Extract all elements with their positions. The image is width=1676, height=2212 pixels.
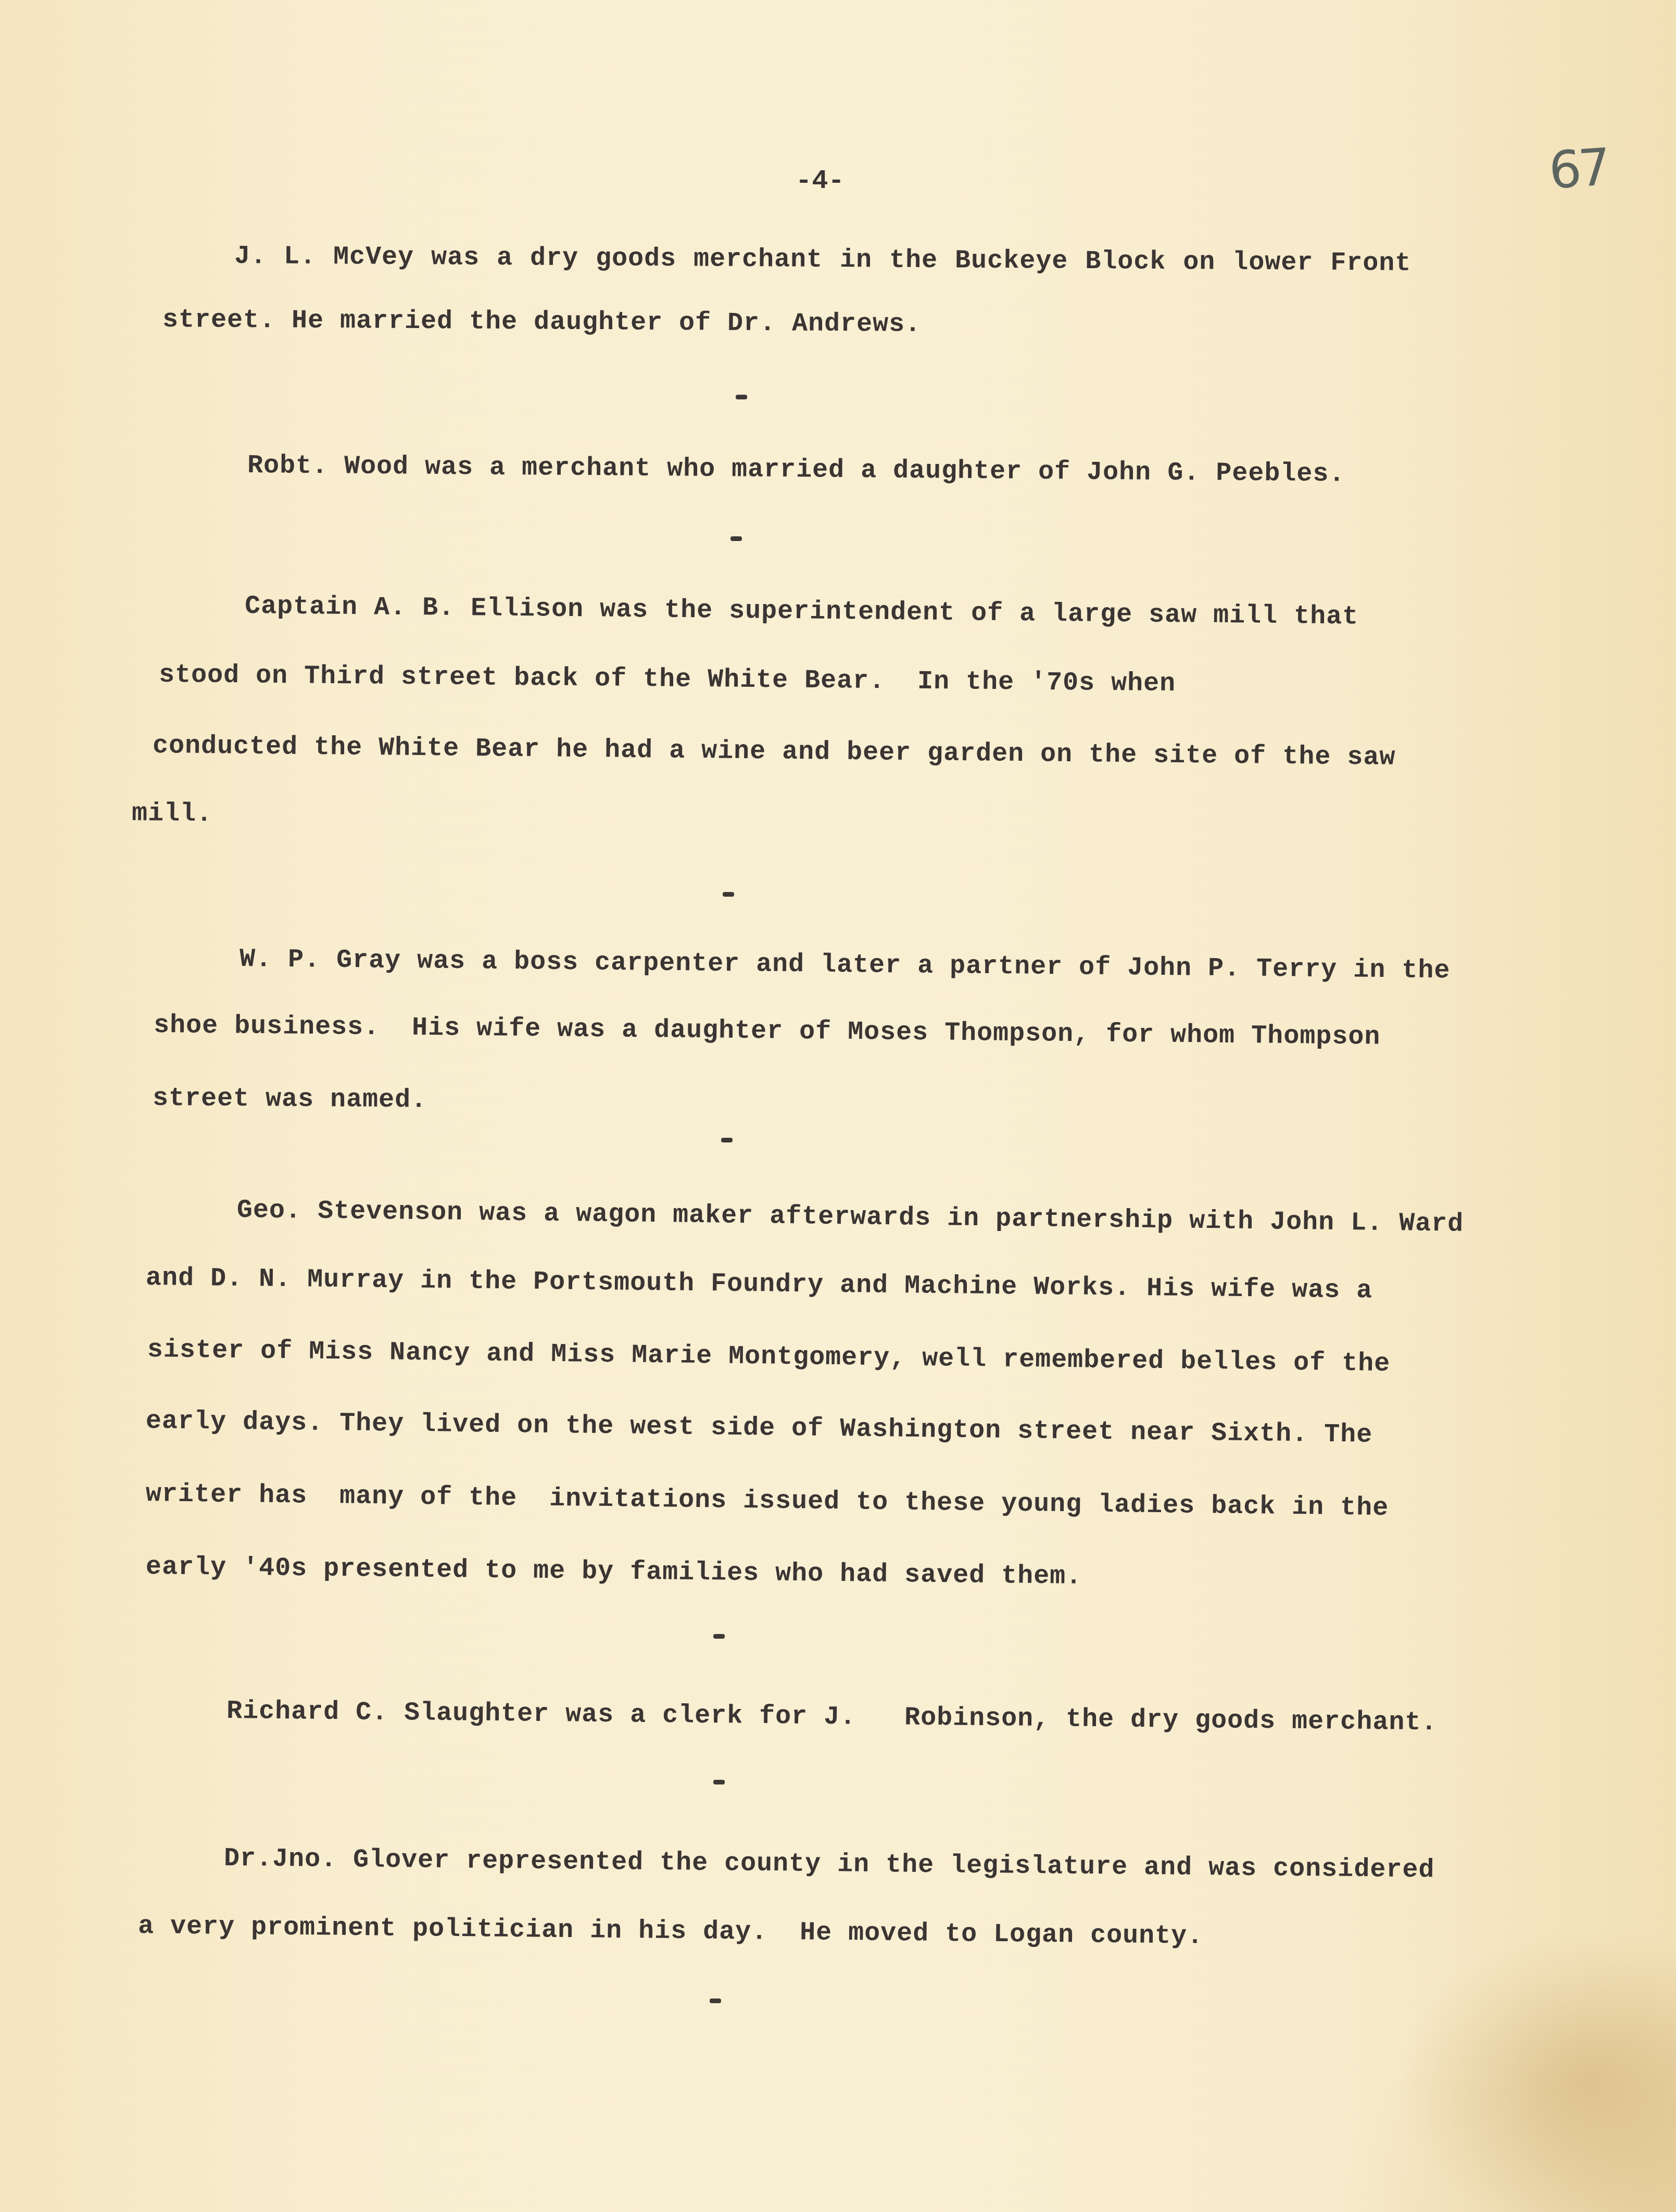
entry-mcvey-line-2: street. He married the daughter of Dr. A…: [162, 307, 922, 338]
entry-stevenson-line-6: early '40s presented to me by families w…: [146, 1554, 1082, 1590]
entry-ellison-line-2: stood on Third street back of the White …: [159, 662, 1176, 697]
separator-dash: [730, 536, 742, 541]
typewritten-page: -4- 67 J. L. McVey was a dry goods merch…: [0, 0, 1676, 2212]
page-number: -4-: [796, 166, 845, 196]
entry-slaughter-line-1: Richard C. Slaughter was a clerk for J. …: [226, 1699, 1438, 1736]
entry-stevenson-line-2: and D. N. Murray in the Portsmouth Found…: [146, 1265, 1373, 1304]
entry-stevenson-line-3: sister of Miss Nancy and Miss Marie Mont…: [147, 1337, 1391, 1377]
entry-wood-line-1: Robt. Wood was a merchant who married a …: [247, 453, 1345, 488]
entry-ellison-line-1: Captain A. B. Ellison was the superinten…: [245, 594, 1359, 631]
entry-gray-line-1: W. P. Gray was a boss carpenter and late…: [240, 947, 1451, 984]
separator-dash: [713, 1780, 725, 1784]
separator-dash: [736, 395, 747, 399]
entry-stevenson-line-1: Geo. Stevenson was a wagon maker afterwa…: [237, 1198, 1464, 1238]
entry-glover-line-1: Dr.Jno. Glover represented the county in…: [224, 1846, 1435, 1883]
separator-dash: [710, 1999, 721, 2003]
entry-glover-line-2: a very prominent politician in his day. …: [138, 1914, 1204, 1950]
entry-mcvey-line-1: J. L. McVey was a dry goods merchant in …: [234, 244, 1412, 277]
separator-dash: [721, 1138, 733, 1142]
entry-ellison-line-3: conducted the White Bear he had a wine a…: [153, 733, 1396, 771]
entry-stevenson-line-5: writer has many of the invitations issue…: [146, 1481, 1389, 1522]
entry-stevenson-line-4: early days. They lived on the west side …: [146, 1409, 1373, 1449]
entry-gray-line-3: street was named.: [153, 1086, 427, 1114]
separator-dash: [713, 1634, 725, 1639]
entry-ellison-line-4: mill.: [132, 801, 212, 827]
handwritten-folio-number: 67: [1547, 137, 1609, 201]
entry-gray-line-2: shoe business. His wife was a daughter o…: [154, 1013, 1381, 1051]
separator-dash: [723, 892, 734, 897]
